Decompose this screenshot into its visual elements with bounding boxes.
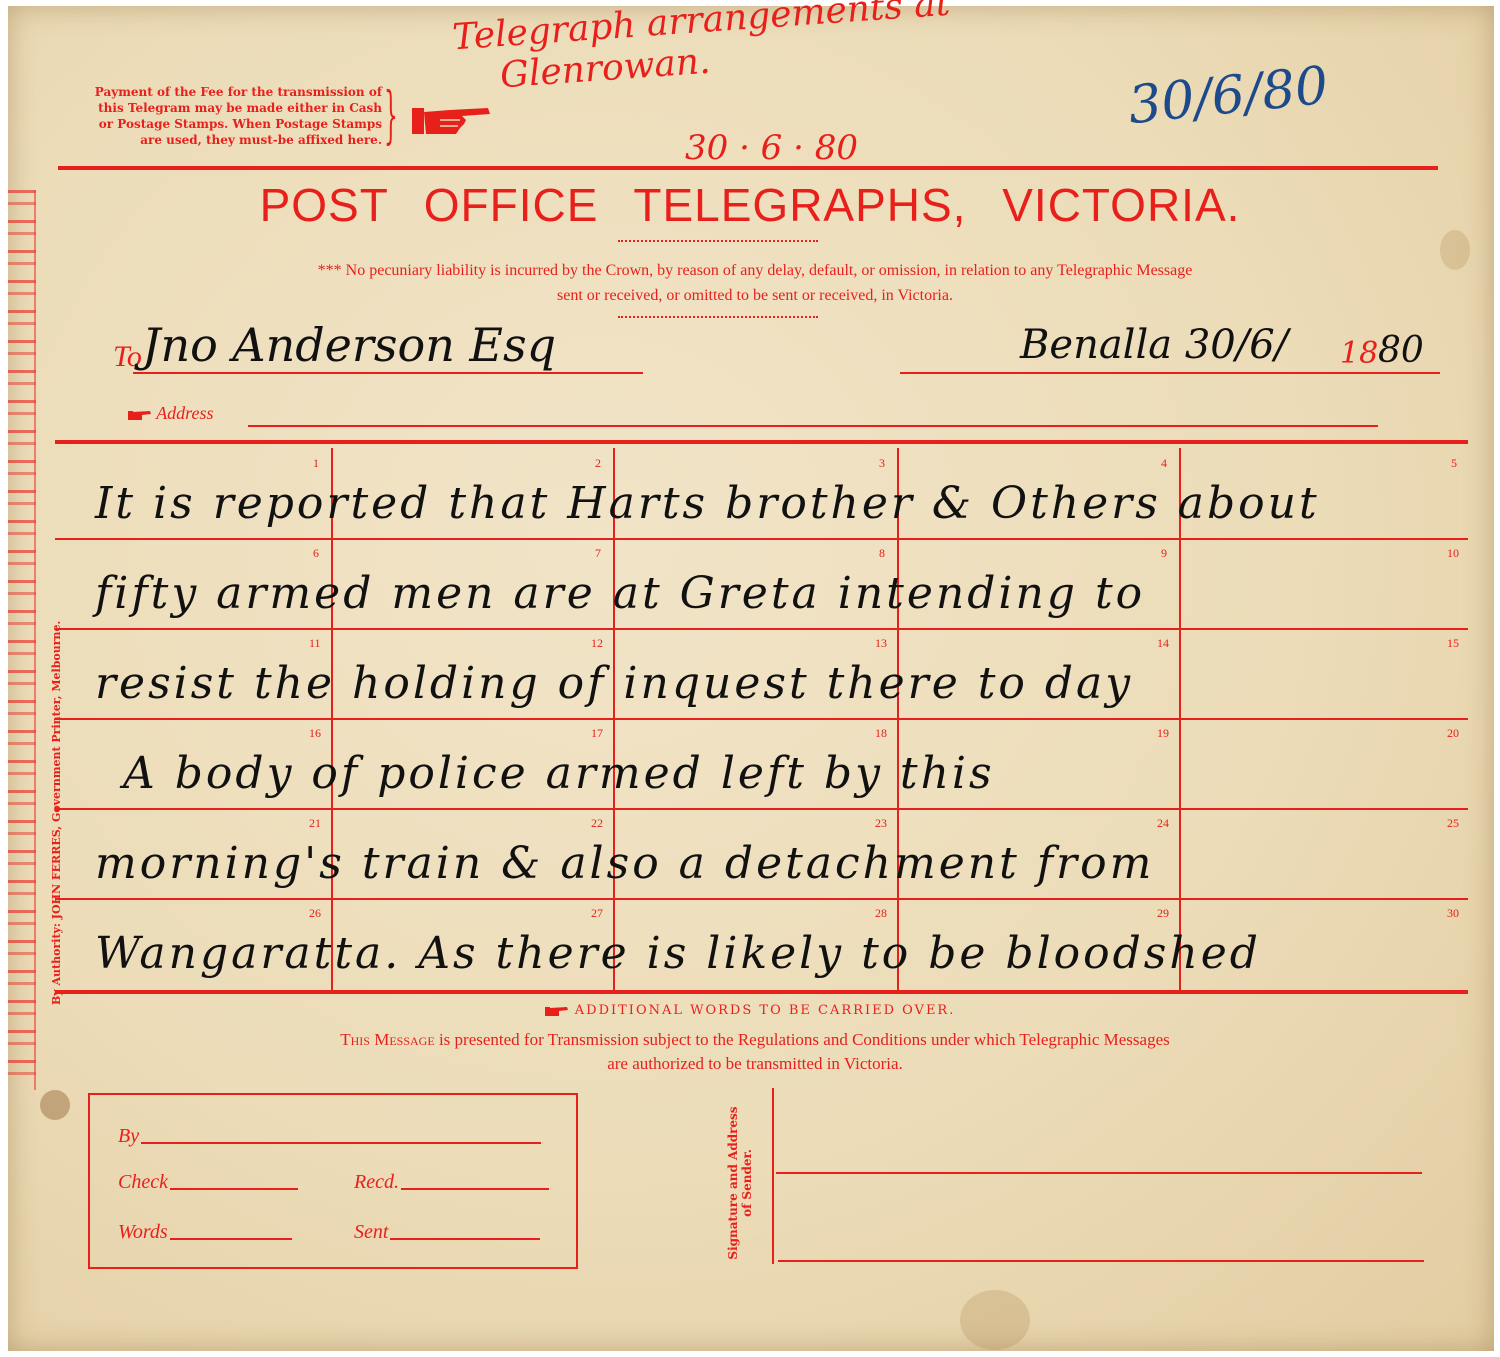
word-cell-number: 7: [595, 546, 601, 561]
fee-note-line: Payment of the Fee for the transmission …: [56, 84, 382, 100]
by-label: By: [118, 1125, 139, 1148]
message-line: resist the holding of inquest there to d…: [95, 658, 1133, 709]
grid-row-line: [55, 538, 1468, 540]
top-rule: [58, 166, 1438, 170]
conditions-line: This Message is presented for Transmissi…: [100, 1028, 1410, 1052]
word-cell-number: 12: [591, 636, 603, 651]
word-cell-number: 3: [879, 456, 885, 471]
decorative-border: [8, 190, 36, 1090]
additional-words-note: ADDITIONAL WORDS TO BE CARRIED OVER.: [0, 1003, 1500, 1018]
word-cell-number: 28: [875, 906, 887, 921]
word-cell-number: 21: [309, 816, 321, 831]
word-cell-number: 29: [1157, 906, 1169, 921]
word-cell-number: 13: [875, 636, 887, 651]
recd-label: Recd.: [354, 1171, 399, 1194]
recipient-name: Jno Anderson Esq: [142, 318, 556, 372]
word-cell-number: 27: [591, 906, 603, 921]
disclaimer-line: *** No pecuniary liability is incurred b…: [100, 258, 1410, 283]
stain: [960, 1290, 1030, 1350]
sender-brace: [772, 1088, 778, 1264]
printed-year-prefix: 18: [1340, 336, 1378, 371]
word-cell-number: 15: [1447, 636, 1459, 651]
grid-row-line: [55, 628, 1468, 630]
conditions-line: are authorized to be transmitted in Vict…: [100, 1052, 1410, 1076]
words-label: Words: [118, 1221, 168, 1244]
conditions-text: is presented for Transmission subject to…: [435, 1030, 1170, 1049]
word-cell-number: 24: [1157, 816, 1169, 831]
message-line: fifty armed men are at Greta intending t…: [95, 568, 1145, 619]
word-cell-number: 9: [1161, 546, 1167, 561]
message-grid: 1 2 3 4 5 6 7 8 9 10 11 12 13 14 15 16 1…: [55, 442, 1468, 992]
word-cell-number: 23: [875, 816, 887, 831]
sender-signature-line[interactable]: [776, 1172, 1422, 1174]
sender-label-line: Signature and Address: [726, 1098, 740, 1268]
message-line: Wangaratta. As there is likely to be blo…: [95, 928, 1261, 979]
sender-address-line[interactable]: [778, 1260, 1424, 1262]
check-field[interactable]: Check: [118, 1171, 298, 1194]
word-cell-number: 25: [1447, 816, 1459, 831]
address-label-text: Address: [156, 403, 213, 423]
pointing-hand-icon: [410, 100, 492, 140]
word-cell-number: 10: [1447, 546, 1459, 561]
annotation-date-red: 30 · 6 · 80: [685, 128, 858, 168]
year-suffix: 80: [1378, 330, 1424, 371]
word-cell-number: 6: [313, 546, 319, 561]
grid-row-line: [55, 718, 1468, 720]
word-cell-number: 17: [591, 726, 603, 741]
fee-note-line: this Telegram may be made either in Cash: [56, 100, 382, 116]
brace-icon: }: [384, 84, 398, 146]
fee-note: Payment of the Fee for the transmission …: [56, 84, 382, 148]
fee-note-line: or Postage Stamps. When Postage Stamps: [56, 116, 382, 132]
grid-row-line: [55, 898, 1468, 900]
sent-field[interactable]: Sent: [354, 1221, 540, 1244]
word-cell-number: 4: [1161, 456, 1167, 471]
transmission-conditions: This Message is presented for Transmissi…: [100, 1028, 1410, 1076]
word-cell-number: 5: [1451, 456, 1457, 471]
address-label: Address: [128, 403, 214, 424]
fee-note-line: are used, they must-be affixed here.: [56, 132, 382, 148]
address-line[interactable]: [248, 425, 1378, 427]
grid-row-line: [55, 808, 1468, 810]
word-cell-number: 22: [591, 816, 603, 831]
words-field[interactable]: Words: [118, 1221, 292, 1244]
wavy-ornament: [618, 232, 818, 242]
office-use-box: By Check Recd. Words Sent: [88, 1093, 578, 1269]
liability-disclaimer: *** No pecuniary liability is incurred b…: [100, 258, 1410, 308]
stain: [1440, 230, 1470, 270]
sender-label-line: of Sender.: [740, 1098, 754, 1268]
word-cell-number: 14: [1157, 636, 1169, 651]
message-line: morning's train & also a detachment from: [95, 838, 1154, 889]
to-label: To: [113, 340, 142, 374]
stain: [40, 1090, 70, 1120]
additional-words-text: ADDITIONAL WORDS TO BE CARRIED OVER.: [575, 1003, 956, 1018]
message-line: It is reported that Harts brother & Othe…: [95, 478, 1320, 529]
origin-line: [900, 372, 1440, 374]
by-field[interactable]: By: [118, 1125, 541, 1148]
word-cell-number: 20: [1447, 726, 1459, 741]
word-cell-number: 1: [313, 456, 319, 471]
recd-field[interactable]: Recd.: [354, 1171, 549, 1194]
word-cell-number: 19: [1157, 726, 1169, 741]
message-line: A body of police armed left by this: [123, 748, 995, 799]
check-label: Check: [118, 1171, 168, 1194]
pointing-hand-icon: [128, 409, 152, 421]
to-line: [133, 372, 643, 374]
pointing-hand-icon: [545, 1005, 569, 1017]
conditions-lead: This Message: [340, 1030, 434, 1049]
word-cell-number: 11: [309, 636, 321, 651]
word-cell-number: 18: [875, 726, 887, 741]
word-cell-number: 30: [1447, 906, 1459, 921]
word-cell-number: 8: [879, 546, 885, 561]
word-cell-number: 26: [309, 906, 321, 921]
sender-label: Signature and Address of Sender.: [726, 1098, 754, 1268]
word-cell-number: 16: [309, 726, 321, 741]
message-bottom-rule: [55, 990, 1468, 994]
word-cell-number: 2: [595, 456, 601, 471]
origin-and-date: Benalla 30/6/: [1020, 322, 1288, 368]
page-title: POST OFFICE TELEGRAPHS, VICTORIA.: [0, 178, 1500, 232]
disclaimer-line: sent or received, or omitted to be sent …: [100, 283, 1410, 308]
sent-label: Sent: [354, 1221, 388, 1244]
wavy-ornament: [618, 308, 818, 318]
